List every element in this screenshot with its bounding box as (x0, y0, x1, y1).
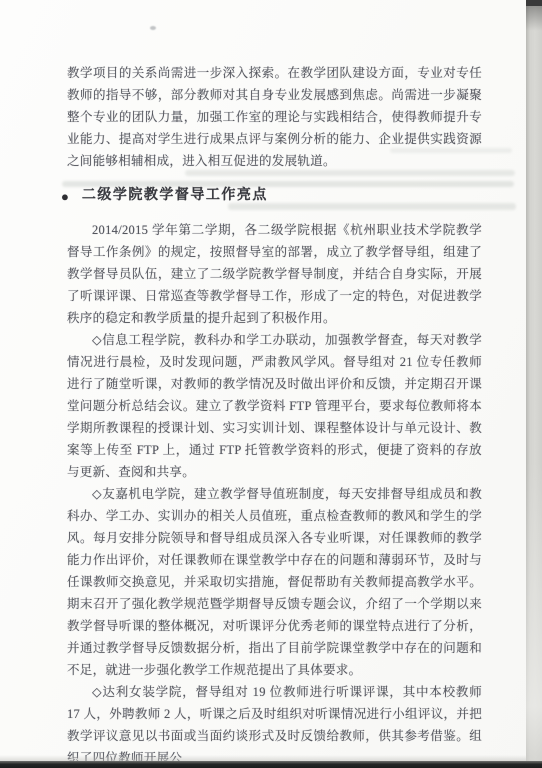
paragraph-information-engineering-college: ◇信息工程学院，教科办和学工办联动，加强教学督查，每天对教学情况进行晨检，及时发… (67, 329, 482, 483)
bullet-icon: ● (61, 190, 69, 203)
scan-speck (150, 26, 156, 30)
paragraph-overview: 2014/2015 学年第二学期，各二级学院根据《杭州职业技术学院教学督导工作条… (67, 219, 482, 329)
paragraph-youjia-mechatronics-college: ◇友嘉机电学院，建立教学督导值班制度，每天安排督导组成员和教科办、学工办、实训办… (67, 483, 482, 681)
scanned-document-page: 教学项目的关系尚需进一步深入探索。在教学团队建设方面，专业对专任教师的指导不够，… (0, 0, 542, 768)
page-content: 教学项目的关系尚需进一步深入探索。在教学团队建设方面，专业对专任教师的指导不够，… (67, 62, 482, 768)
scan-edge-right (526, 0, 542, 768)
paragraph-continuation: 教学项目的关系尚需进一步深入探索。在教学团队建设方面，专业对专任教师的指导不够，… (67, 62, 482, 172)
section-heading: ● 二级学院教学督导工作亮点 (61, 185, 482, 207)
section-heading-text: 二级学院教学督导工作亮点 (82, 185, 268, 207)
scan-edge-bottom (0, 761, 542, 768)
scan-corner-mark (526, 0, 542, 6)
